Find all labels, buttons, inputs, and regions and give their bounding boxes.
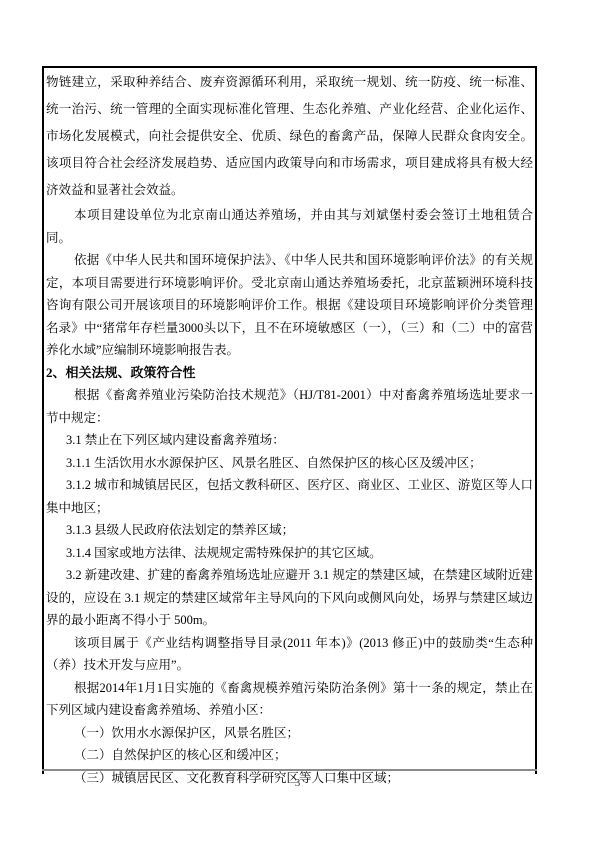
paragraph-construction-unit: 本项目建设单位为北京南山通达养殖场，并由其与刘斌堡村委会签订土地租赁合同。 bbox=[46, 204, 533, 249]
list-item-3-1-3: 3.1.3 县级人民政府依法划定的禁养区域； bbox=[46, 519, 533, 542]
list-item-3-1-2: 3.1.2 城市和城镇居民区，包括文教科研区、医疗区、商业区、工业区、游览区等人… bbox=[46, 474, 533, 519]
table-cell-content: 物链建立，采取种养结合、废弃资源循环利用，采取统一规划、统一防疫、统一标准、统一… bbox=[46, 69, 533, 789]
page-number: 3 bbox=[0, 777, 595, 789]
list-item-3-1: 3.1 禁止在下列区域内建设畜禽养殖场： bbox=[46, 429, 533, 452]
paragraph-2014-regulation: 根据2014年1月1日实施的《畜禽规模养殖污染防治条例》第十一条的规定，禁止在下… bbox=[46, 677, 533, 722]
paragraph-hjt81-siting-intro: 根据《畜禽养殖业污染防治技术规范》（HJ/T81-2001）中对畜禽养殖场选址要… bbox=[46, 384, 533, 429]
list-item-3-1-1: 3.1.1 生活饮用水水源保护区、风景名胜区、自然保护区的核心区及缓冲区； bbox=[46, 452, 533, 475]
paragraph-eia-legal-basis: 依据《中华人民共和国环境保护法》、《中华人民共和国环境影响评价法》的有关规定，本… bbox=[46, 249, 533, 362]
list-item-one: （一）饮用水水源保护区，风景名胜区； bbox=[46, 722, 533, 745]
list-item-3-1-4: 3.1.4 国家或地方法律、法规规定需特殊保护的其它区域。 bbox=[46, 542, 533, 565]
paragraph-industry-catalog: 该项目属于《产业结构调整指导目录(2011 年本)》(2013 修正)中的鼓励类… bbox=[46, 632, 533, 677]
paragraph-continuation-industry-chain: 物链建立，采取种养结合、废弃资源循环利用，采取统一规划、统一防疫、统一标准、统一… bbox=[46, 69, 533, 204]
list-item-two: （二）自然保护区的核心区和缓冲区； bbox=[46, 744, 533, 767]
document-page: 物链建立，采取种养结合、废弃资源循环利用，采取统一规划、统一防疫、统一标准、统一… bbox=[0, 0, 595, 842]
list-item-3-2: 3.2 新建改建、扩建的畜禽养殖场选址应避开 3.1 规定的禁建区域，在禁建区域… bbox=[46, 564, 533, 632]
section-heading-regulations: 2、相关法规、政策符合性 bbox=[46, 362, 533, 385]
